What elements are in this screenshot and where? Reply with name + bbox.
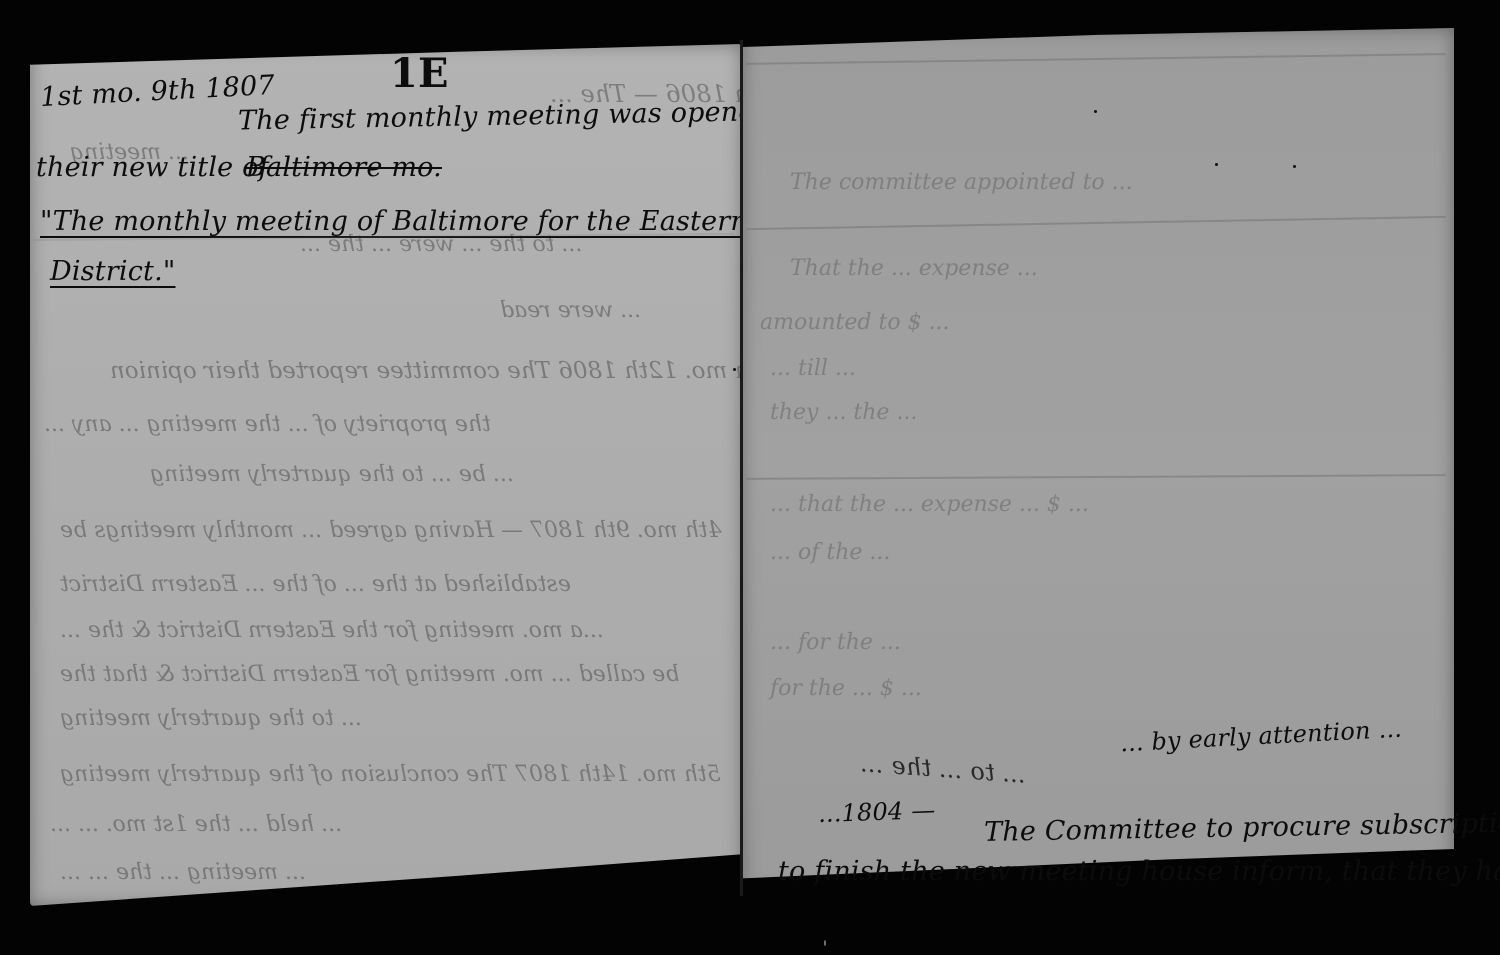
dust-speck: [733, 368, 736, 371]
bleedthrough-line: The committee appointed to ...: [790, 170, 1133, 195]
bleedthrough-line: 4th mo. 9th 1807 — Having agreed ... mon…: [60, 518, 722, 543]
bleedthrough-line: ... for the ...: [770, 630, 901, 655]
dust-speck: [824, 940, 826, 946]
bleedthrough-line: ... were read: [500, 298, 641, 323]
bleedthrough-line: the propriety of ... the meeting ... any…: [44, 412, 491, 437]
dust-speck: [1293, 165, 1296, 168]
bleedthrough-line: for the ... $ ...: [770, 676, 922, 701]
struck-text: Baltimore mo.: [246, 152, 442, 183]
bleedthrough-line: amounted to $ ...: [760, 310, 950, 335]
entry-date-fragment: ...1804 —: [818, 796, 936, 828]
bleedthrough-line: ... that the ... expense ... $ ...: [770, 492, 1089, 517]
bleedthrough-line: ... meeting ... the ... ...: [60, 860, 306, 885]
bleedthrough-line: ... of the ...: [770, 540, 890, 565]
bleedthrough-line: 6th mo. 12th 1806 The committee reported…: [110, 358, 773, 384]
scanned-manuscript-spread: 4th mo. 10th 1806 — The ... ... meeting …: [0, 0, 1500, 955]
folio-mark: 1E: [390, 50, 449, 97]
bleedthrough-line: ... till ...: [770, 356, 856, 381]
bleedthrough-line: That the ... expense ...: [790, 256, 1038, 281]
bleedthrough-line: ... held ... the 1st mo. ... ...: [50, 812, 342, 837]
bleedthrough-line: ... be ... to the quarterly meeting: [150, 462, 514, 487]
bleedthrough-line: ...a mo. meeting for the Eastern Distric…: [60, 618, 604, 643]
entry-line-4: District.": [50, 256, 176, 287]
dust-speck: [1215, 163, 1218, 166]
right-page: [742, 28, 1454, 894]
bleedthrough-line: they ... the ...: [770, 400, 917, 425]
entry-line: to finish the new meeting house inform, …: [778, 856, 1500, 887]
entry-line-2: their new title of: [36, 152, 269, 183]
bleedthrough-line: be called ... mo. meeting for Eastern Di…: [60, 662, 679, 687]
dust-speck: [1094, 110, 1097, 113]
entry-line-3: "The monthly meeting of Baltimore for th…: [40, 206, 748, 237]
bleedthrough-line: established at the ... of the ... Easter…: [60, 572, 571, 597]
page-gutter: [740, 40, 743, 896]
bleedthrough-line: 5th mo. 14th 1807 The conclusion of the …: [60, 762, 721, 787]
bleedthrough-line: ... to the quarterly meeting: [60, 706, 362, 731]
